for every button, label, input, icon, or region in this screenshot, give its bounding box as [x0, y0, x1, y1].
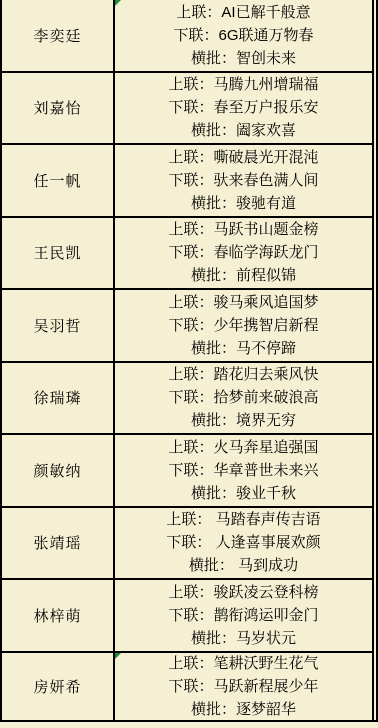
couplet-text-top: 马腾九州增瑞福 [214, 76, 319, 93]
couplet-text-top: 马跃书山题金榜 [214, 221, 319, 238]
student-name: 吴羽哲 [33, 315, 81, 336]
couplet-label-bottom: 下联： [168, 317, 213, 334]
couplet-text-top: 笔耕沃野生花气 [214, 655, 319, 672]
couplet-label-bottom: 下联： [168, 389, 213, 406]
couplet-line-banner: 横批：马不停蹄 [191, 337, 296, 360]
couplet-label-bottom: 下联： [168, 172, 213, 189]
couplet-text-top: 嘶破晨光开混沌 [214, 149, 319, 166]
couplet-text-banner: 境界无穷 [236, 412, 296, 429]
couplet-text-bottom: 拾梦前来破浪高 [214, 389, 319, 406]
couplet-label-top: 上联： [168, 584, 213, 601]
table-row: 刘嘉怡 上联：马腾九州增瑞福 下联：春至万户报乐安 横批：阖家欢喜 [2, 73, 374, 146]
couplet-text-top: 骏马乘风追国梦 [214, 294, 319, 311]
couplet-cell[interactable]: 上联：AI已解千般意 下联：6G联通万物春 横批：智创未来 [115, 0, 374, 71]
couplet-label-banner: 横批： [191, 267, 236, 284]
couplet-line-top: 上联：骏跃凌云登科榜 [168, 581, 318, 604]
couplet-label-top: 上联： [168, 76, 213, 93]
couplet-label-banner: 横批： [189, 557, 234, 574]
couplet-text-banner: 逐梦韶华 [236, 701, 296, 718]
table-row: 张靖瑶 上联： 马踏春声传吉语 下联： 人逢喜事展欢颜 横批： 马到成功 [2, 508, 374, 581]
couplet-text-bottom: 驮来春色满人间 [214, 172, 319, 189]
student-name: 颜敏纳 [33, 460, 81, 481]
couplet-text-top: 马踏春声传吉语 [211, 511, 320, 528]
couplet-text-bottom: 春至万户报乐安 [214, 99, 319, 116]
name-cell[interactable]: 林梓萌 [2, 580, 115, 651]
couplet-line-top: 上联：骏马乘风追国梦 [168, 291, 318, 314]
couplet-table: 李奕廷 上联：AI已解千般意 下联：6G联通万物春 横批：智创未来 刘嘉怡 上联… [0, 0, 378, 722]
couplet-text-bottom: 春临学海跃龙门 [214, 244, 319, 261]
couplet-line-top: 上联：踏花归去乘风快 [168, 363, 318, 386]
couplet-text-bottom: 华章普世未来兴 [214, 462, 319, 479]
couplet-text-banner: 马到成功 [234, 557, 298, 574]
student-name: 房妍希 [33, 676, 81, 697]
couplet-line-bottom: 下联：拾梦前来破浪高 [168, 386, 318, 409]
couplet-line-bottom: 下联：鹊衔鸿运叩金门 [168, 604, 318, 627]
table-row: 吴羽哲 上联：骏马乘风追国梦 下联：少年携智启新程 横批：马不停蹄 [2, 290, 374, 363]
couplet-label-banner: 横批： [191, 412, 236, 429]
couplet-cell[interactable]: 上联：马跃书山题金榜 下联：春临学海跃龙门 横批：前程似锦 [115, 218, 374, 289]
couplet-line-banner: 横批：前程似锦 [191, 264, 296, 287]
student-name: 张靖瑶 [33, 532, 81, 553]
table-row: 颜敏纳 上联：火马奔星追强国 下联：华章普世未来兴 横批：骏业千秋 [2, 435, 374, 508]
couplet-label-bottom: 下联： [168, 678, 213, 695]
name-cell[interactable]: 吴羽哲 [2, 290, 115, 361]
student-name: 李奕廷 [33, 25, 81, 46]
couplet-text-banner: 马不停蹄 [236, 340, 296, 357]
couplet-line-top: 上联：嘶破晨光开混沌 [168, 146, 318, 169]
couplet-text-bottom: 鹊衔鸿运叩金门 [214, 607, 319, 624]
name-cell[interactable]: 张靖瑶 [2, 508, 115, 579]
couplet-label-bottom: 下联： [168, 607, 213, 624]
table-row: 任一帆 上联：嘶破晨光开混沌 下联：驮来春色满人间 横批：骏驰有道 [2, 145, 374, 218]
table-row: 徐瑞璘 上联：踏花归去乘风快 下联：拾梦前来破浪高 横批：境界无穷 [2, 363, 374, 436]
couplet-line-bottom: 下联： 人逢喜事展欢颜 [166, 531, 320, 554]
student-name: 刘嘉怡 [33, 97, 81, 118]
couplet-line-banner: 横批：逐梦韶华 [191, 698, 296, 721]
couplet-text-banner: 前程似锦 [236, 267, 296, 284]
couplet-line-banner: 横批：骏驰有道 [191, 192, 296, 215]
couplet-label-bottom: 下联： [168, 99, 213, 116]
couplet-label-bottom: 下联： [173, 27, 218, 44]
couplet-cell[interactable]: 上联：嘶破晨光开混沌 下联：驮来春色满人间 横批：骏驰有道 [115, 145, 374, 216]
couplet-text-bottom: 马跃新程展少年 [214, 678, 319, 695]
table-row: 李奕廷 上联：AI已解千般意 下联：6G联通万物春 横批：智创未来 [2, 0, 374, 73]
couplet-line-bottom: 下联：马跃新程展少年 [168, 675, 318, 698]
student-name: 徐瑞璘 [33, 387, 81, 408]
table-row: 房妍希 上联：笔耕沃野生花气 下联：马跃新程展少年 横批：逐梦韶华 [2, 653, 374, 721]
couplet-label-top: 上联： [168, 655, 213, 672]
student-name: 任一帆 [33, 170, 81, 191]
couplet-label-top: 上联： [166, 511, 211, 528]
couplet-label-banner: 横批： [191, 195, 236, 212]
couplet-label-banner: 横批： [191, 340, 236, 357]
couplet-label-top: 上联： [168, 294, 213, 311]
error-indicator-icon [115, 653, 121, 659]
student-name: 林梓萌 [33, 605, 81, 626]
name-cell[interactable]: 徐瑞璘 [2, 363, 115, 434]
couplet-cell[interactable]: 上联：踏花归去乘风快 下联：拾梦前来破浪高 横批：境界无穷 [115, 363, 374, 434]
couplet-line-top: 上联：马腾九州增瑞福 [168, 73, 318, 96]
couplet-text-banner: 阖家欢喜 [236, 122, 296, 139]
couplet-text-banner: 骏业千秋 [236, 485, 296, 502]
couplet-line-bottom: 下联：驮来春色满人间 [168, 169, 318, 192]
student-name: 王民凯 [33, 242, 81, 263]
couplet-label-banner: 横批： [191, 630, 236, 647]
couplet-label-top: 上联： [168, 221, 213, 238]
couplet-text-banner: 骏驰有道 [236, 195, 296, 212]
couplet-line-banner: 横批：骏业千秋 [191, 482, 296, 505]
couplet-cell[interactable]: 上联： 马踏春声传吉语 下联： 人逢喜事展欢颜 横批： 马到成功 [115, 508, 374, 579]
couplet-label-top: 上联： [168, 366, 213, 383]
couplet-line-bottom: 下联：少年携智启新程 [168, 314, 318, 337]
couplet-label-bottom: 下联： [166, 534, 211, 551]
couplet-text-banner: 智创未来 [236, 50, 296, 67]
couplet-text-bottom: 6G联通万物春 [219, 27, 314, 44]
couplet-line-top: 上联：火马奔星追强国 [168, 436, 318, 459]
couplet-text-top: 火马奔星追强国 [214, 439, 319, 456]
name-cell[interactable]: 颜敏纳 [2, 435, 115, 506]
couplet-cell[interactable]: 上联：马腾九州增瑞福 下联：春至万户报乐安 横批：阖家欢喜 [115, 73, 374, 144]
couplet-line-top: 上联：AI已解千般意 [176, 1, 310, 24]
couplet-cell[interactable]: 上联：火马奔星追强国 下联：华章普世未来兴 横批：骏业千秋 [115, 435, 374, 506]
couplet-label-banner: 横批： [191, 485, 236, 502]
couplet-line-bottom: 下联：华章普世未来兴 [168, 459, 318, 482]
couplet-line-bottom: 下联：春临学海跃龙门 [168, 241, 318, 264]
couplet-text-top: AI已解千般意 [221, 4, 310, 21]
couplet-label-top: 上联： [176, 4, 221, 21]
couplet-label-top: 上联： [168, 439, 213, 456]
couplet-line-bottom: 下联：6G联通万物春 [173, 24, 313, 47]
couplet-text-top: 踏花归去乘风快 [214, 366, 319, 383]
couplet-text-bottom: 少年携智启新程 [214, 317, 319, 334]
couplet-line-bottom: 下联：春至万户报乐安 [168, 96, 318, 119]
name-cell[interactable]: 王民凯 [2, 218, 115, 289]
couplet-line-banner: 横批：马岁状元 [191, 627, 296, 650]
name-cell[interactable]: 李奕廷 [2, 0, 115, 71]
couplet-cell[interactable]: 上联：笔耕沃野生花气 下联：马跃新程展少年 横批：逐梦韶华 [115, 653, 374, 721]
couplet-label-bottom: 下联： [168, 462, 213, 479]
couplet-line-banner: 横批： 马到成功 [189, 554, 298, 577]
couplet-label-top: 上联： [168, 149, 213, 166]
couplet-text-top: 骏跃凌云登科榜 [214, 584, 319, 601]
couplet-line-banner: 横批：境界无穷 [191, 409, 296, 432]
error-indicator-icon [115, 0, 121, 6]
table-row: 林梓萌 上联：骏跃凌云登科榜 下联：鹊衔鸿运叩金门 横批：马岁状元 [2, 580, 374, 653]
couplet-text-bottom: 人逢喜事展欢颜 [211, 534, 320, 551]
name-cell[interactable]: 房妍希 [2, 653, 115, 721]
couplet-cell[interactable]: 上联：骏马乘风追国梦 下联：少年携智启新程 横批：马不停蹄 [115, 290, 374, 361]
couplet-line-top: 上联： 马踏春声传吉语 [166, 508, 320, 531]
couplet-label-banner: 横批： [191, 50, 236, 67]
couplet-label-banner: 横批： [191, 122, 236, 139]
name-cell[interactable]: 刘嘉怡 [2, 73, 115, 144]
name-cell[interactable]: 任一帆 [2, 145, 115, 216]
couplet-text-banner: 马岁状元 [236, 630, 296, 647]
couplet-line-banner: 横批：智创未来 [191, 47, 296, 70]
couplet-line-top: 上联：马跃书山题金榜 [168, 218, 318, 241]
table-row: 王民凯 上联：马跃书山题金榜 下联：春临学海跃龙门 横批：前程似锦 [2, 218, 374, 291]
couplet-line-top: 上联：笔耕沃野生花气 [168, 652, 318, 675]
couplet-line-banner: 横批：阖家欢喜 [191, 119, 296, 142]
couplet-cell[interactable]: 上联：骏跃凌云登科榜 下联：鹊衔鸿运叩金门 横批：马岁状元 [115, 580, 374, 651]
couplet-label-bottom: 下联： [168, 244, 213, 261]
couplet-label-banner: 横批： [191, 701, 236, 718]
